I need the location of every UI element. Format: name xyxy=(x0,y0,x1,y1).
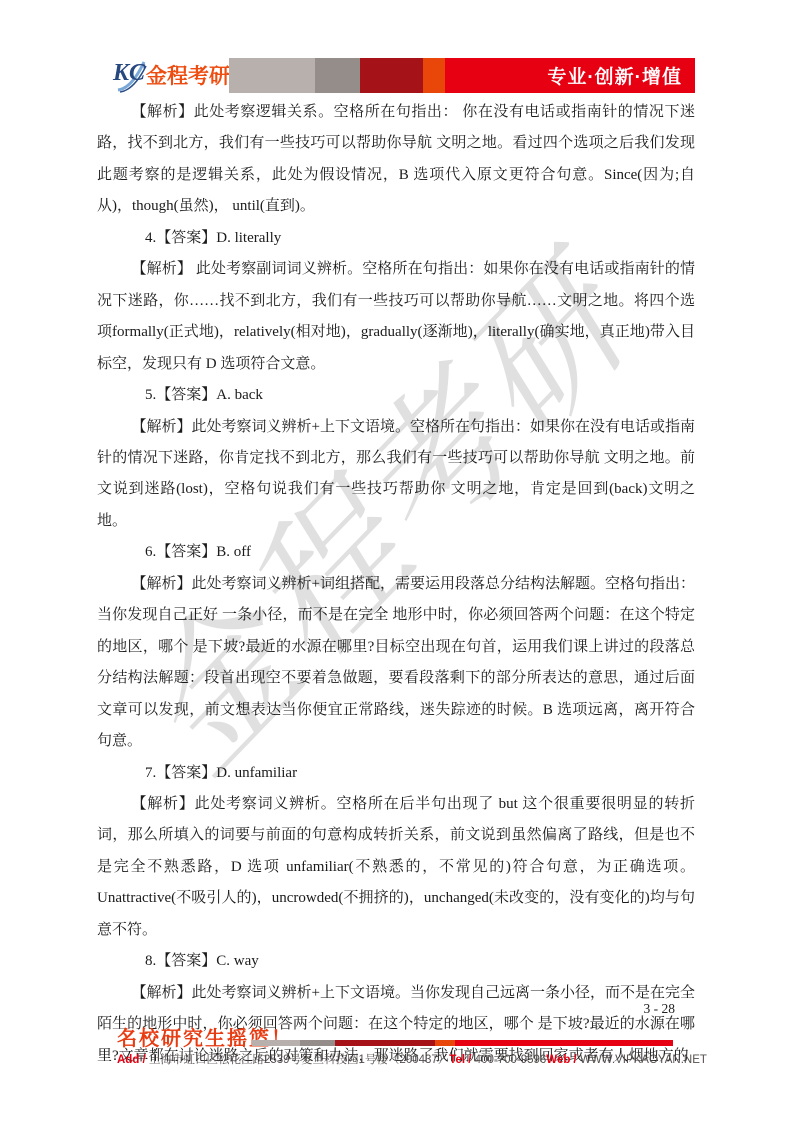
banner-segment-darkred xyxy=(360,58,423,93)
footer-web: Web / WWW.VIPKAOYAN.NET xyxy=(546,1054,707,1066)
answer-line-7: 7.【答案】D. unfamiliar xyxy=(97,758,695,789)
footer-slogan: 名校研究生摇篮！ xyxy=(117,1022,293,1051)
header-banner: 专业·创新·增值 xyxy=(229,58,695,93)
footer-bar-segment-darkred xyxy=(335,1040,435,1046)
page-number: 3 - 28 xyxy=(644,1001,676,1017)
header-logo: KC 金程考研 xyxy=(112,52,232,96)
paragraph-analysis: 【解析】此处考察词义辨析。空格所在后半句出现了 but 这个很重要很明显的转折词… xyxy=(97,789,695,946)
banner-segment-gray xyxy=(315,58,360,93)
banner-segment-red: 专业·创新·增值 xyxy=(445,58,695,93)
paragraph-analysis: 【解析】 此处考察副词词义辨析。空格所在句指出：如果你在没有电话或指南针的情况下… xyxy=(97,254,695,380)
banner-segment-orange xyxy=(423,58,445,93)
web-value: WWW.VIPKAOYAN.NET xyxy=(580,1054,707,1066)
web-label: Web / xyxy=(546,1054,576,1066)
logo-wordmark: 金程考研 xyxy=(146,60,230,90)
footer-bar-segment-gray xyxy=(300,1040,335,1046)
answer-line-4: 4.【答案】D. literally xyxy=(97,223,695,254)
tel-value: 400-700-9596 xyxy=(475,1054,547,1066)
banner-slogan: 专业·创新·增值 xyxy=(547,62,682,89)
footer-divider-bar xyxy=(252,1040,673,1046)
paragraph-analysis: 【解析】此处考察词义辨析+词组搭配，需要运用段落总分结构法解题。空格句指出：当你… xyxy=(97,569,695,758)
address-value: 上海市虹口区松花江路2539号复旦科技园1号楼（200437） xyxy=(149,1054,449,1066)
document-body: 【解析】此处考察逻辑关系。空格所在句指出： 你在没有电话或指南针的情况下迷路，找… xyxy=(97,97,695,1072)
footer-address: Add / 上海市虹口区松花江路2539号复旦科技园1号楼（200437） xyxy=(117,1051,449,1067)
footer-bar-segment-red xyxy=(455,1040,673,1046)
answer-line-5: 5.【答案】A. back xyxy=(97,380,695,411)
document-page: KC 金程考研 专业·创新·增值 金程考研 【解析】此处考察逻辑关系。空格所在句… xyxy=(0,0,793,1122)
footer-tel: Tel / 400-700-9596 xyxy=(449,1054,546,1066)
svg-text:KC: KC xyxy=(112,60,146,86)
address-label: Add / xyxy=(117,1054,146,1066)
answer-line-6: 6.【答案】B. off xyxy=(97,537,695,568)
banner-segment-gray-light xyxy=(229,58,315,93)
tel-label: Tel / xyxy=(449,1054,471,1066)
footer-contact-row: Add / 上海市虹口区松花江路2539号复旦科技园1号楼（200437） Te… xyxy=(117,1051,674,1067)
answer-line-8: 8.【答案】C. way xyxy=(97,946,695,977)
paragraph-analysis: 【解析】此处考察词义辨析+上下文语境。空格所在句指出：如果你在没有电话或指南针的… xyxy=(97,412,695,538)
footer-bar-segment-gray-light xyxy=(252,1040,300,1046)
footer-bar-segment-orange xyxy=(435,1040,455,1046)
paragraph-analysis: 【解析】此处考察逻辑关系。空格所在句指出： 你在没有电话或指南针的情况下迷路，找… xyxy=(97,97,695,223)
